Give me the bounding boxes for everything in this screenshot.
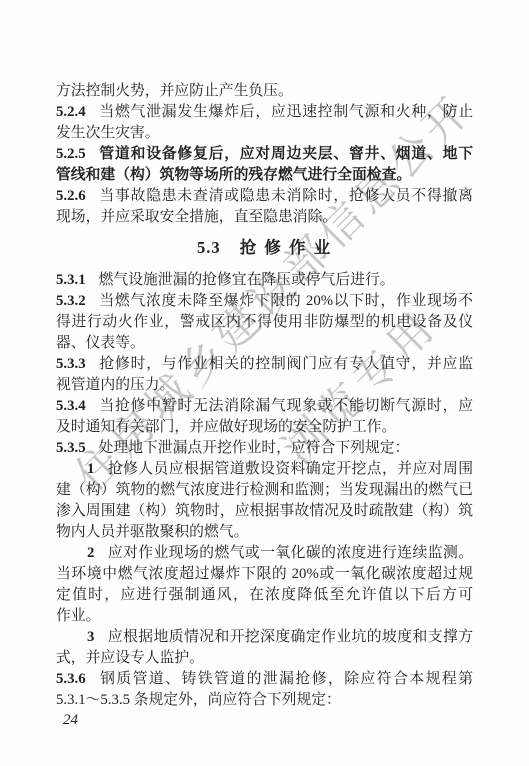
text-line: 建（构）筑物的燃气浓度进行检测和监测；当发现漏出的燃气已 bbox=[56, 480, 473, 501]
lines-before-heading: 方法控制火势，并应防止产生负压。5.2.4当燃气泄漏发生爆炸后，应迅速控制气源和… bbox=[56, 81, 473, 228]
line-text: 物内人员并驱散聚积的燃气。 bbox=[56, 524, 248, 540]
text-line: 物内人员并驱散聚积的燃气。 bbox=[56, 522, 473, 543]
page-number: 24 bbox=[63, 712, 78, 729]
clause-number: 5.2.6 bbox=[56, 188, 86, 204]
text-line: 渗入周围建（构）筑物时，应根据事故情况及时疏散建（构）筑 bbox=[56, 501, 473, 522]
line-text: 抢修人员应根据管道敷设资料确定开挖点，并应对周围 bbox=[107, 461, 473, 477]
text-line: 5.3.1燃气设施泄漏的抢修宜在降压或停气后进行。 bbox=[56, 270, 473, 291]
lines-after-heading: 5.3.1燃气设施泄漏的抢修宜在降压或停气后进行。5.3.2当燃气浓度未降至爆炸… bbox=[56, 270, 473, 711]
line-text: 视管道内的压力。 bbox=[56, 377, 174, 393]
text-line: 5.3.4当抢修中暂时无法消除漏气现象或不能切断气源时，应 bbox=[56, 396, 473, 417]
text-line: 定值时，应进行强制通风，在浓度降低至允许值以下后方可 bbox=[56, 585, 473, 606]
text-line: 及时通知有关部门，并应做好现场的安全防护工作。 bbox=[56, 417, 473, 438]
text-line: 式，并应设专人监护。 bbox=[56, 648, 473, 669]
text-line: 5.2.6当事故隐患未查清或隐患未消除时，抢修人员不得撤离 bbox=[56, 186, 473, 207]
text-line: 管线和建（构）筑物等场所的残存燃气进行全面检查。 bbox=[56, 165, 473, 186]
text-line: 3应根据地质情况和开挖深度确定作业坑的坡度和支撑方 bbox=[56, 627, 473, 648]
clause-number: 5.3.6 bbox=[56, 671, 86, 687]
clause-number: 5.2.4 bbox=[56, 104, 86, 120]
line-text: 抢修时，与作业相关的控制阀门应有专人值守，并应监 bbox=[99, 356, 473, 372]
section-title: 抢 修 作 业 bbox=[240, 238, 332, 257]
text-line: 作业。 bbox=[56, 606, 473, 627]
line-text: 管线和建（构）筑物等场所的残存燃气进行全面检查。 bbox=[56, 167, 411, 183]
line-text: 定值时，应进行强制通风，在浓度降低至允许值以下后方可 bbox=[56, 587, 473, 603]
text-line: 1抢修人员应根据管道敷设资料确定开挖点，并应对周围 bbox=[56, 459, 473, 480]
line-text: 发生次生灾害。 bbox=[56, 125, 160, 141]
clause-number: 2 bbox=[87, 545, 94, 561]
line-text: 渗入周围建（构）筑物时，应根据事故情况及时疏散建（构）筑 bbox=[56, 503, 473, 519]
text-line: 现场，并应采取安全措施，直至隐患消除。 bbox=[56, 207, 473, 228]
line-text: 当环境中燃气浓度超过爆炸下限的 20%或一氧化碳浓度超过规 bbox=[56, 566, 473, 582]
text-line: 5.3.6钢质管道、铸铁管道的泄漏抢修，除应符合本规程第 bbox=[56, 669, 473, 690]
line-text: 处理地下泄漏点开挖作业时，应符合下列规定： bbox=[99, 440, 410, 456]
document-page: 住房城乡建设部信息公开 浏览专用 方法控制火势，并应防止产生负压。5.2.4当燃… bbox=[0, 0, 529, 766]
text-line: 2应对作业现场的燃气或一氧化碳的浓度进行连续监测。 bbox=[56, 543, 473, 564]
text-line: 器、仪表等。 bbox=[56, 333, 473, 354]
line-text: 燃气设施泄漏的抢修宜在降压或停气后进行。 bbox=[99, 272, 395, 288]
line-text: 应根据地质情况和开挖深度确定作业坑的坡度和支撑方 bbox=[107, 629, 473, 645]
line-text: 得进行动火作业，警戒区内不得使用非防爆型的机电设备及仪 bbox=[56, 314, 473, 330]
clause-number: 5.3.4 bbox=[56, 398, 86, 414]
page-body: 方法控制火势，并应防止产生负压。5.2.4当燃气泄漏发生爆炸后，应迅速控制气源和… bbox=[56, 81, 473, 711]
text-line: 5.3.2当燃气浓度未降至爆炸下限的 20%以下时，作业现场不 bbox=[56, 291, 473, 312]
clause-number: 5.3.3 bbox=[56, 356, 86, 372]
text-line: 5.3.1～5.3.5 条规定外，尚应符合下列规定： bbox=[56, 690, 473, 711]
line-text: 管道和设备修复后，应对周边夹层、窨井、烟道、地下 bbox=[99, 146, 473, 162]
line-text: 现场，并应采取安全措施，直至隐患消除。 bbox=[56, 209, 337, 225]
line-text: 钢质管道、铸铁管道的泄漏抢修，除应符合本规程第 bbox=[99, 671, 473, 687]
text-line: 5.3.5处理地下泄漏点开挖作业时，应符合下列规定： bbox=[56, 438, 473, 459]
clause-number: 5.3.5 bbox=[56, 440, 86, 456]
clause-number: 1 bbox=[87, 461, 94, 477]
text-line: 5.2.5管道和设备修复后，应对周边夹层、窨井、烟道、地下 bbox=[56, 144, 473, 165]
line-text: 当燃气浓度未降至爆炸下限的 20%以下时，作业现场不 bbox=[99, 293, 473, 309]
line-text: 应对作业现场的燃气或一氧化碳的浓度进行连续监测。 bbox=[107, 545, 473, 561]
clause-number: 3 bbox=[87, 629, 94, 645]
text-line: 当环境中燃气浓度超过爆炸下限的 20%或一氧化碳浓度超过规 bbox=[56, 564, 473, 585]
text-line: 5.3.3抢修时，与作业相关的控制阀门应有专人值守，并应监 bbox=[56, 354, 473, 375]
text-line: 得进行动火作业，警戒区内不得使用非防爆型的机电设备及仪 bbox=[56, 312, 473, 333]
text-line: 发生次生灾害。 bbox=[56, 123, 473, 144]
line-text: 当抢修中暂时无法消除漏气现象或不能切断气源时，应 bbox=[99, 398, 473, 414]
text-line: 5.2.4当燃气泄漏发生爆炸后，应迅速控制气源和火种，防止 bbox=[56, 102, 473, 123]
line-text: 器、仪表等。 bbox=[56, 335, 145, 351]
clause-number: 5.3.1 bbox=[56, 272, 86, 288]
line-text: 建（构）筑物的燃气浓度进行检测和监测；当发现漏出的燃气已 bbox=[56, 482, 473, 498]
text-line: 方法控制火势，并应防止产生负压。 bbox=[56, 81, 473, 102]
line-text: 式，并应设专人监护。 bbox=[56, 650, 204, 666]
line-text: 作业。 bbox=[56, 608, 100, 624]
line-text: 当燃气泄漏发生爆炸后，应迅速控制气源和火种，防止 bbox=[99, 104, 473, 120]
clause-number: 5.2.5 bbox=[56, 146, 86, 162]
line-text: 方法控制火势，并应防止产生负压。 bbox=[56, 83, 293, 99]
line-text: 5.3.1～5.3.5 条规定外，尚应符合下列规定： bbox=[56, 692, 341, 708]
text-line: 视管道内的压力。 bbox=[56, 375, 473, 396]
line-text: 及时通知有关部门，并应做好现场的安全防护工作。 bbox=[56, 419, 396, 435]
section-heading: 5.3 抢 修 作 业 bbox=[56, 236, 473, 260]
clause-number: 5.3.2 bbox=[56, 293, 86, 309]
section-number: 5.3 bbox=[197, 238, 221, 257]
line-text: 当事故隐患未查清或隐患未消除时，抢修人员不得撤离 bbox=[99, 188, 473, 204]
